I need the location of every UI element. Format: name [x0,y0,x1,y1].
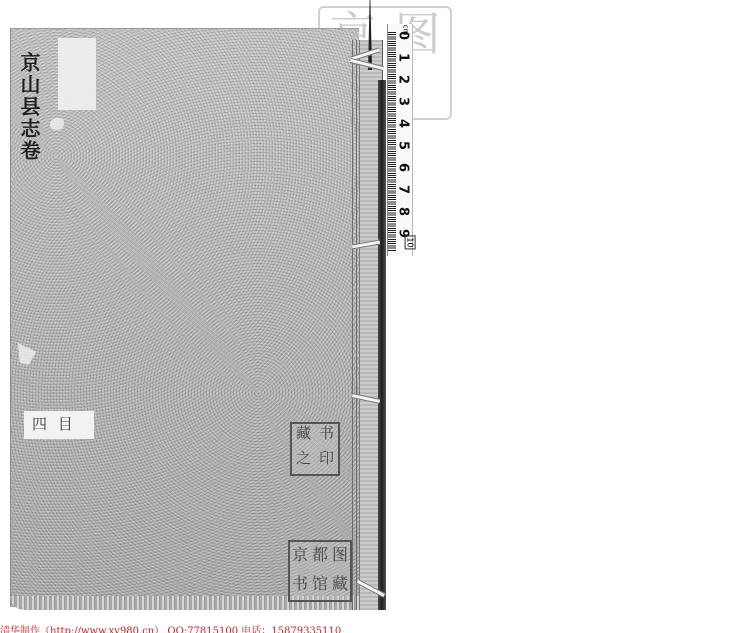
ruler-label: 4 [396,117,411,131]
seal-char: 藏 [330,571,350,600]
measuring-ruler: 0 1 2 3 4 5 6 7 8 9 [387,24,413,256]
seal-char: 馆 [310,571,330,600]
seal-char: 印 [315,449,338,474]
worn-patch [50,118,64,130]
book-cover [10,28,359,607]
spine-crease-line [352,40,353,610]
seal-char: 之 [292,449,315,474]
seal-char: 都 [310,542,330,571]
ruler-label: 2 [396,73,411,87]
handwritten-title: 京山县志卷 [18,52,40,162]
ruler-label: 5 [396,139,411,153]
seal-char: 书 [290,571,310,600]
ruler-label: 6 [396,161,411,175]
seal-char: 书 [315,424,338,449]
spine-crease-line [356,40,357,610]
seal-char: 图 [330,542,350,571]
worn-patch [72,100,80,108]
ruler-end-label: 10 [405,235,416,249]
collector-seal-upper: 藏 书 之 印 [290,422,340,476]
ruler-label: 1 [396,51,411,65]
ruler-label: 3 [396,95,411,109]
volume-label: 四 目 [32,413,76,434]
watermark-text: 清华制作（http://www.xy980.cn）,QQ:77815100,电话… [0,622,341,633]
ruler-label: 7 [396,183,411,197]
spine-shadow [378,80,386,610]
ruler-unit: cm [401,25,409,36]
seal-char: 京 [290,542,310,571]
seal-char: 藏 [292,424,315,449]
library-seal-lower: 京 都 图 书 馆 藏 [288,540,352,602]
ruler-label: 8 [396,205,411,219]
